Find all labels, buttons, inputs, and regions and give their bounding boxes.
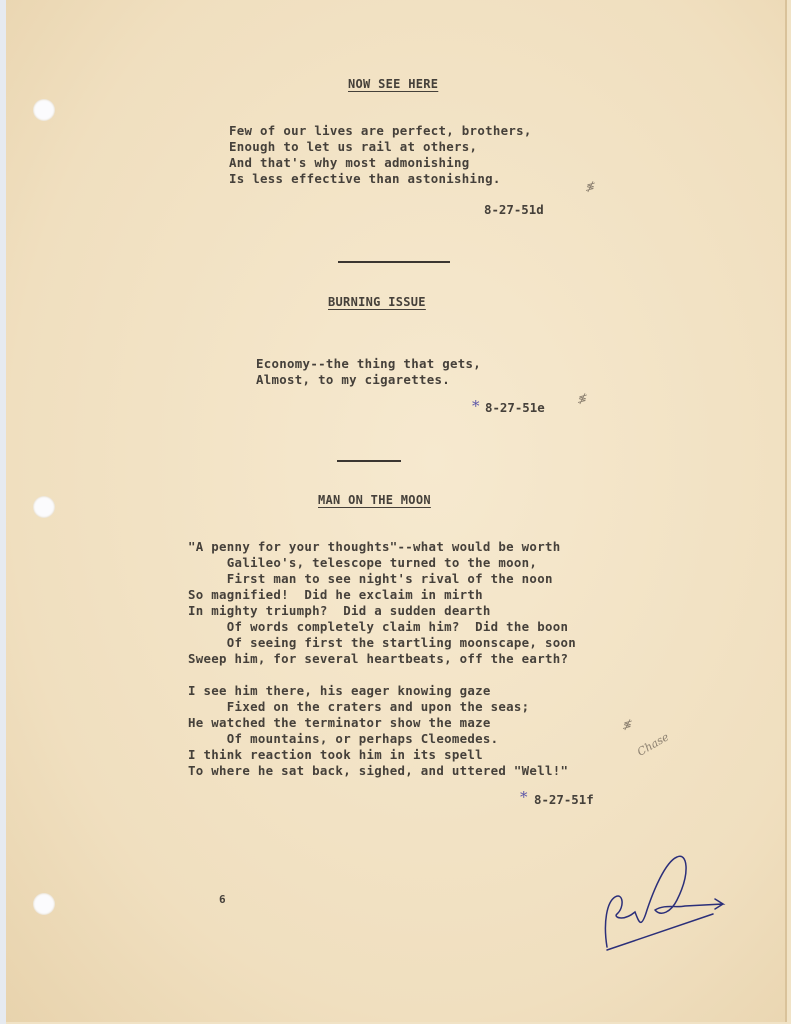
pencil-mark: ≸ <box>577 392 586 405</box>
poem-title-man-on-the-moon: MAN ON THE MOON <box>318 492 431 509</box>
poem-line: Enough to let us rail at others, <box>229 139 477 156</box>
poem-date: 8-27-51e <box>485 400 545 415</box>
poem-title-burning-issue: BURNING ISSUE <box>328 294 426 311</box>
poem-line: Almost, to my cigarettes. <box>256 372 450 389</box>
poem-line: "A penny for your thoughts"--what would … <box>188 539 560 556</box>
poem-line: I see him there, his eager knowing gaze <box>188 683 491 700</box>
poem-line: And that's why most admonishing <box>229 155 470 172</box>
section-divider <box>337 460 401 462</box>
poem-line: Sweep him, for several heartbeats, off t… <box>188 651 568 668</box>
section-divider <box>338 261 450 263</box>
poem-date: 8-27-51f <box>534 792 594 807</box>
poem-line: Fixed on the craters and upon the seas; <box>188 699 529 716</box>
poem-line: First man to see night's rival of the no… <box>188 571 553 588</box>
asterisk-mark: * <box>520 788 528 806</box>
poem-title-now-see-here: NOW SEE HERE <box>348 76 438 93</box>
pencil-mark: ≸ <box>622 718 631 731</box>
poem-line: He watched the terminator show the maze <box>188 715 491 732</box>
poem-line: So magnified! Did he exclaim in mirth <box>188 587 483 604</box>
poem-line: In mighty triumph? Did a sudden dearth <box>188 603 491 620</box>
poem-line: Is less effective than astonishing. <box>229 171 501 188</box>
poem-date: 8-27-51d <box>484 202 544 217</box>
pencil-mark: ≸ <box>585 180 594 193</box>
poem-line: Of mountains, or perhaps Cleomedes. <box>188 731 498 748</box>
punch-hole-bottom <box>33 893 55 915</box>
page-number: 6 <box>219 893 226 906</box>
poem-line: Economy--the thing that gets, <box>256 356 481 373</box>
signature <box>595 852 730 957</box>
poem-line: Galileo's, telescope turned to the moon, <box>188 555 537 572</box>
punch-hole-middle <box>33 496 55 518</box>
punch-hole-top <box>33 99 55 121</box>
asterisk-mark: * <box>472 397 480 415</box>
poem-line: Of seeing first the startling moonscape,… <box>188 635 576 652</box>
poem-line: To where he sat back, sighed, and uttere… <box>188 763 568 780</box>
poem-line: Of words completely claim him? Did the b… <box>188 619 568 636</box>
poem-line: I think reaction took him in its spell <box>188 747 483 764</box>
poem-line: Few of our lives are perfect, brothers, <box>229 123 532 140</box>
